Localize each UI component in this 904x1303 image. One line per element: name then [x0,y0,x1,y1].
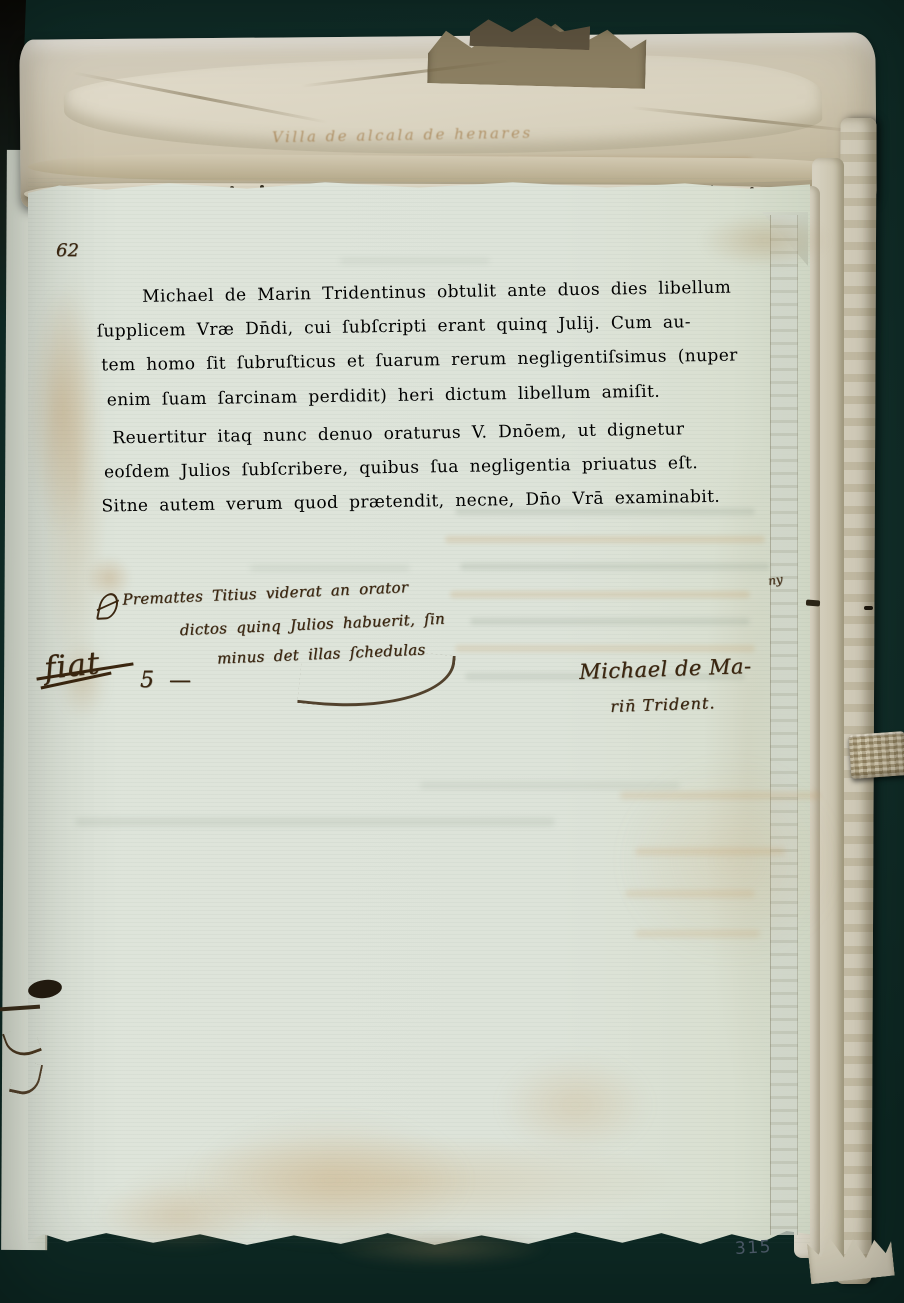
folio-number: 62 [56,240,79,261]
annotation-line: dictos quinq Julios habuerit, ſin [179,610,445,640]
manuscript-line: Sitne autem verum quod prætendit, necne,… [101,487,720,517]
ink-dash [806,600,820,607]
manuscript-line: eoſdem Julios ſubſcribere, quibus ſua ne… [104,453,698,482]
manuscript-line: enim ſuam ſarcinam perdidit) heri dictum… [107,382,661,411]
petition-text-block: Michael de Marin Tridentinus obtulit ant… [96,276,812,537]
manuscript-line: Reuertitur itaq nunc denuo oraturus V. D… [112,419,684,448]
ink-dot [864,606,873,610]
bookmark-cord [849,731,904,779]
manuscript-scan: Villa de alcala de henares 62 Mich [0,0,904,1303]
signature-line: rin̄ Trident. [610,693,716,716]
signature-block: Michael de Ma- rin̄ Trident. [579,652,812,740]
manuscript-line: tem homo ſit ſubruſticus et ſuarum rerum… [101,346,738,376]
page-number-pencil: 315 [735,1237,773,1259]
torn-fragment-dark [469,12,590,50]
margin-mark: ny [767,572,783,588]
response-mark: fiat 5 — [36,648,256,728]
signature-line: Michael de Ma- [579,654,752,684]
fiat-number: 5 — [140,668,195,693]
manuscript-line: ſupplicem Vræ Dn̄di, cui ſubſcripti eran… [97,312,692,341]
